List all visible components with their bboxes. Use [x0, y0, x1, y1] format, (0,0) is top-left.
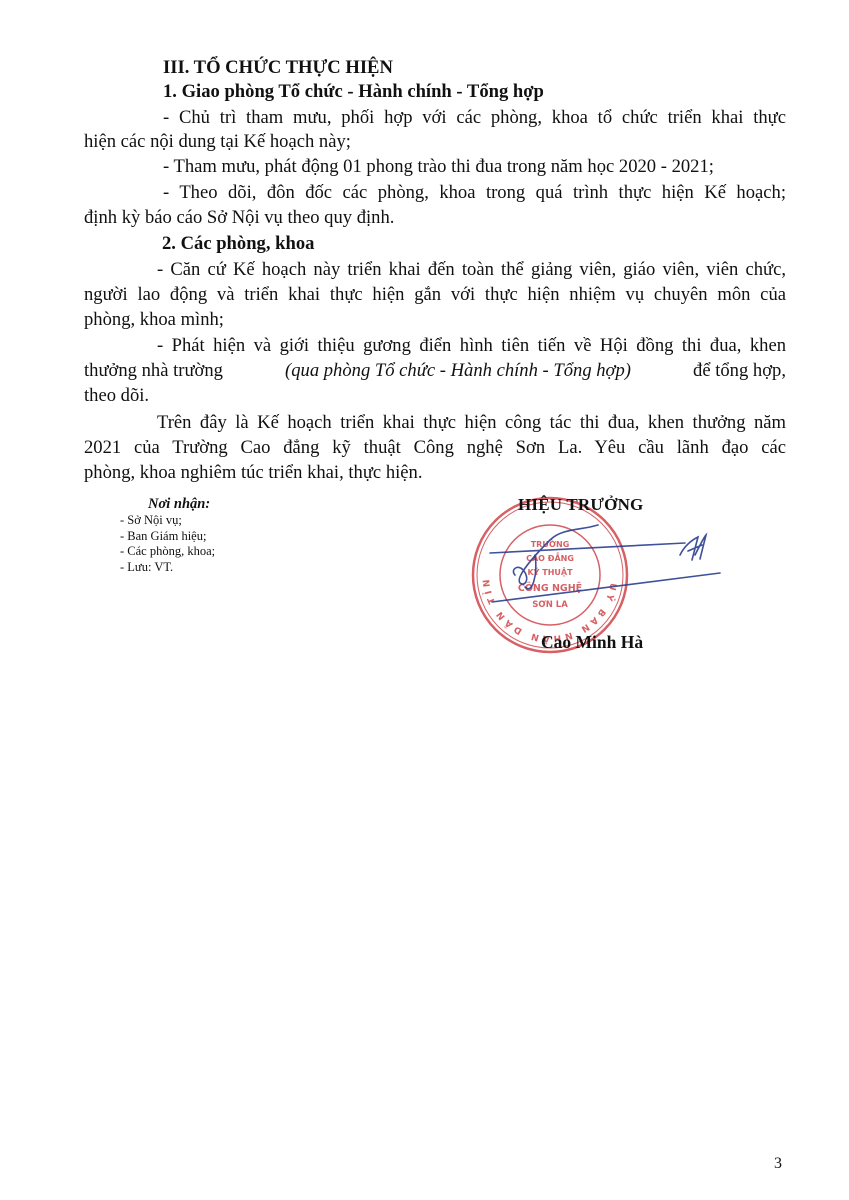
sub2-paragraph-2-line-1: - Phát hiện và giới thiệu gương điển hìn…: [84, 334, 786, 358]
sub1-paragraph-3-line-2: định kỳ báo cáo Sở Nội vụ theo quy định.: [84, 206, 786, 230]
sub2-paragraph-2-line-3: theo dõi.: [84, 384, 786, 408]
recipient-item: - Lưu: VT.: [120, 560, 215, 576]
signature-title: HIỆU TRƯỞNG: [518, 495, 643, 515]
section-heading: III. TỔ CHỨC THỰC HIỆN: [84, 56, 786, 80]
sub2-paragraph-1-line-3: phòng, khoa mình;: [84, 308, 786, 332]
sub2-p2-text-pre: thưởng nhà trường: [84, 359, 223, 383]
recipient-item: - Sở Nội vụ;: [120, 513, 215, 529]
recipient-item: - Các phòng, khoa;: [120, 544, 215, 560]
sub2-p2-italic-note: (qua phòng Tổ chức - Hành chính - Tổng h…: [285, 359, 631, 383]
handwritten-signature-icon: [480, 515, 740, 625]
subsection-1-heading: 1. Giao phòng Tổ chức - Hành chính - Tổn…: [84, 80, 786, 104]
recipient-item: - Ban Giám hiệu;: [120, 529, 215, 545]
document-page: III. TỔ CHỨC THỰC HIỆN 1. Giao phòng Tổ …: [0, 0, 849, 1200]
sub1-paragraph-3-line-1: - Theo dõi, đôn đốc các phòng, khoa tron…: [84, 181, 786, 205]
sub1-paragraph-1-line-1: - Chủ trì tham mưu, phối hợp với các phò…: [84, 106, 786, 130]
closing-line-2: 2021 của Trường Cao đẳng kỹ thuật Công n…: [84, 436, 786, 460]
sub2-paragraph-1-line-2: người lao động và triển khai thực hiện g…: [84, 283, 786, 307]
sub1-paragraph-1-line-2: hiện các nội dung tại Kế hoạch này;: [84, 130, 786, 154]
sub1-paragraph-2: - Tham mưu, phát động 01 phong trào thi …: [84, 155, 786, 179]
sub2-p2-text-post: để tổng hợp,: [693, 359, 786, 383]
closing-line-3: phòng, khoa nghiêm túc triển khai, thực …: [84, 461, 786, 485]
signer-name: Cao Minh Hà: [541, 632, 643, 653]
recipients-title: Nơi nhận:: [148, 495, 215, 513]
recipients-block: Nơi nhận: - Sở Nội vụ; - Ban Giám hiệu; …: [120, 495, 215, 575]
sub2-paragraph-1-line-1: - Căn cứ Kế hoạch này triển khai đến toà…: [84, 258, 786, 282]
subsection-2-heading: 2. Các phòng, khoa: [84, 232, 786, 256]
closing-line-1: Trên đây là Kế hoạch triển khai thực hiệ…: [84, 411, 786, 435]
sub2-paragraph-2-line-2: thưởng nhà trường (qua phòng Tổ chức - H…: [84, 359, 786, 383]
page-number: 3: [774, 1155, 782, 1173]
